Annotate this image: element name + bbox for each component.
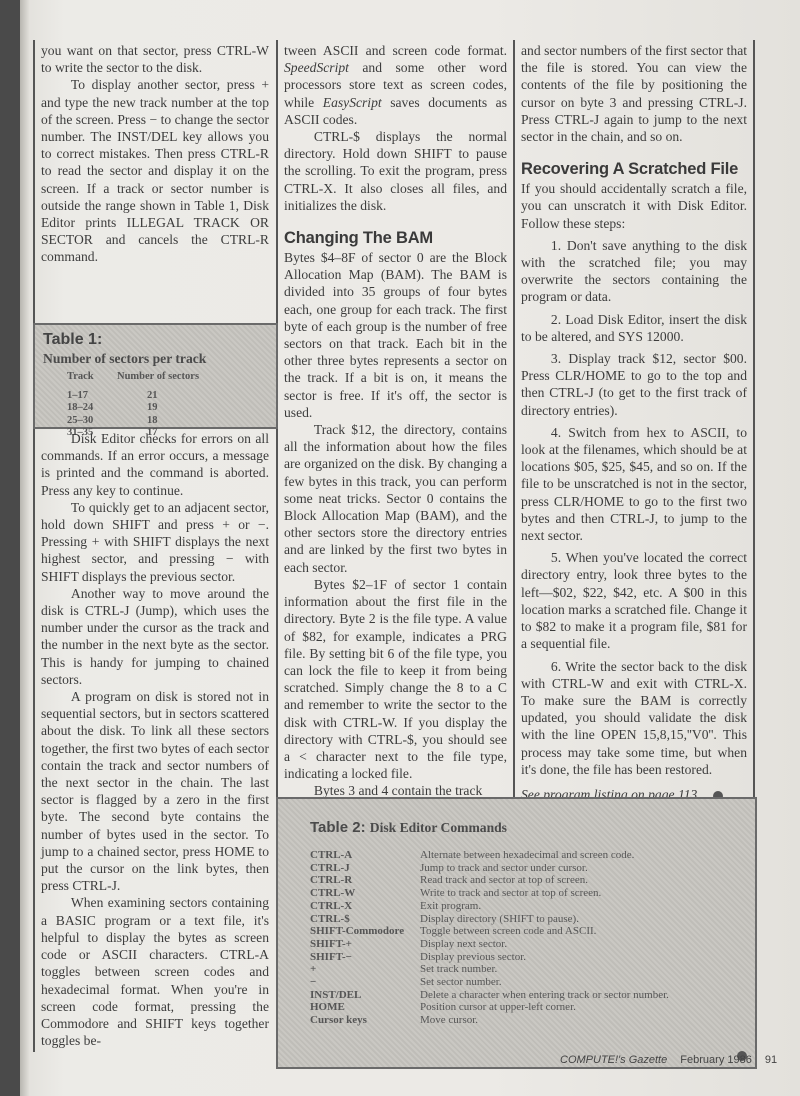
- table-1-cell-sectors: 21: [117, 390, 237, 403]
- table-2-title-label: Table 2:: [310, 819, 366, 836]
- table-2-title: Table 2: Disk Editor Commands: [310, 819, 507, 836]
- column-1-top: you want on that sector, press CTRL-W to…: [41, 42, 269, 266]
- command-description: Delete a character when entering track o…: [420, 989, 800, 1002]
- table-2-grid: CTRL-AAlternate between hexadecimal and …: [310, 849, 800, 1027]
- paragraph: Track $12, the directory, contains all t…: [284, 421, 507, 576]
- paragraph: If you should accidentally scratch a fil…: [521, 180, 747, 232]
- command-key: HOME: [310, 1001, 420, 1014]
- table-1-header-sectors: Number of sectors: [117, 371, 237, 384]
- command-key: SHIFT-Commodore: [310, 925, 420, 938]
- table-1-title: Table 1:: [43, 331, 276, 349]
- column-rule: [33, 40, 35, 1052]
- section-heading: Changing The BAM: [284, 228, 507, 248]
- command-description: Exit program.: [420, 900, 800, 913]
- paragraph: Bytes $4–8F of sector 0 are the Block Al…: [284, 249, 507, 421]
- text-run: tween ASCII and screen code format.: [284, 43, 507, 58]
- page-number: 91: [765, 1054, 777, 1066]
- step-paragraph: 6. Write the sector back to the disk wit…: [521, 658, 747, 778]
- paragraph: To quickly get to an adjacent sector, ho…: [41, 499, 269, 585]
- command-description: Read track and sector at top of screen.: [420, 874, 800, 887]
- step-paragraph: 2. Load Disk Editor, insert the disk to …: [521, 311, 747, 345]
- paragraph: Bytes $2–1F of sector 1 contain informat…: [284, 576, 507, 782]
- paragraph: Another way to move around the disk is C…: [41, 585, 269, 688]
- command-key: CTRL-X: [310, 900, 420, 913]
- binding-edge: [0, 0, 20, 1096]
- table-1-cell-track: 1–17: [67, 390, 117, 403]
- command-key: CTRL-$: [310, 913, 420, 926]
- command-description: Move cursor.: [420, 1014, 800, 1027]
- table-1-cell-track: 18–24: [67, 402, 117, 415]
- command-description: Write to track and sector at top of scre…: [420, 887, 800, 900]
- command-description: Position cursor at upper-left corner.: [420, 1001, 800, 1014]
- step-paragraph: 5. When you've located the correct direc…: [521, 549, 747, 652]
- command-description: Alternate between hexadecimal and screen…: [420, 849, 800, 862]
- column-3: and sector numbers of the first sector t…: [521, 42, 747, 803]
- command-description: Display previous sector.: [420, 951, 800, 964]
- paragraph: and sector numbers of the first sector t…: [521, 42, 747, 145]
- command-key: Cursor keys: [310, 1014, 420, 1027]
- table-1-cell-track: 25–30: [67, 415, 117, 428]
- paragraph: When examining sectors containing a BASI…: [41, 894, 269, 1049]
- command-description: Set sector number.: [420, 976, 800, 989]
- section-heading: Recovering A Scratched File: [521, 159, 747, 179]
- column-2: tween ASCII and screen code format. Spee…: [284, 42, 507, 800]
- command-description: Display directory (SHIFT to pause).: [420, 913, 800, 926]
- command-key: −: [310, 976, 420, 989]
- binding-shadow: [20, 0, 30, 1096]
- command-key: CTRL-J: [310, 862, 420, 875]
- table-1-subtitle: Number of sectors per track: [43, 351, 276, 367]
- step-paragraph: 3. Display track $12, sector $00. Press …: [521, 350, 747, 419]
- paragraph: you want on that sector, press CTRL-W to…: [41, 42, 269, 76]
- table-2: Table 2: Disk Editor Commands CTRL-AAlte…: [276, 797, 757, 1069]
- paragraph: A program on disk is stored not in seque…: [41, 688, 269, 894]
- command-key: CTRL-W: [310, 887, 420, 900]
- issue-date: February 1986: [680, 1054, 752, 1066]
- command-key: CTRL-A: [310, 849, 420, 862]
- magazine-name: COMPUTE!'s Gazette: [560, 1054, 667, 1066]
- step-paragraph: 4. Switch from hex to ASCII, to look at …: [521, 424, 747, 544]
- paragraph: To display another sector, press + and t…: [41, 76, 269, 265]
- table-2-subtitle: Disk Editor Commands: [370, 820, 507, 835]
- paragraph: tween ASCII and screen code format. Spee…: [284, 42, 507, 128]
- command-description: Jump to track and sector under cursor.: [420, 862, 800, 875]
- paragraph: Disk Editor checks for errors on all com…: [41, 430, 269, 499]
- command-description: Set track number.: [420, 963, 800, 976]
- paragraph: CTRL-$ displays the normal directory. Ho…: [284, 128, 507, 214]
- command-key: SHIFT-−: [310, 951, 420, 964]
- table-1-cell-sectors: 18: [117, 415, 237, 428]
- italic-title: EasyScript: [323, 95, 382, 110]
- column-rule: [513, 40, 515, 798]
- command-key: +: [310, 963, 420, 976]
- italic-title: SpeedScript: [284, 60, 349, 75]
- table-1-header-track: Track: [67, 371, 117, 384]
- command-key: SHIFT-+: [310, 938, 420, 951]
- command-description: Toggle between screen code and ASCII.: [420, 925, 800, 938]
- command-key: CTRL-R: [310, 874, 420, 887]
- command-key: INST/DEL: [310, 989, 420, 1002]
- table-1: Table 1: Number of sectors per track Tra…: [33, 323, 278, 429]
- page-footer: COMPUTE!'s Gazette February 1986 91: [560, 1054, 777, 1066]
- table-1-cell-sectors: 19: [117, 402, 237, 415]
- step-paragraph: 1. Don't save anything to the disk with …: [521, 237, 747, 306]
- command-description: Display next sector.: [420, 938, 800, 951]
- column-1-bottom: Disk Editor checks for errors on all com…: [41, 430, 269, 1049]
